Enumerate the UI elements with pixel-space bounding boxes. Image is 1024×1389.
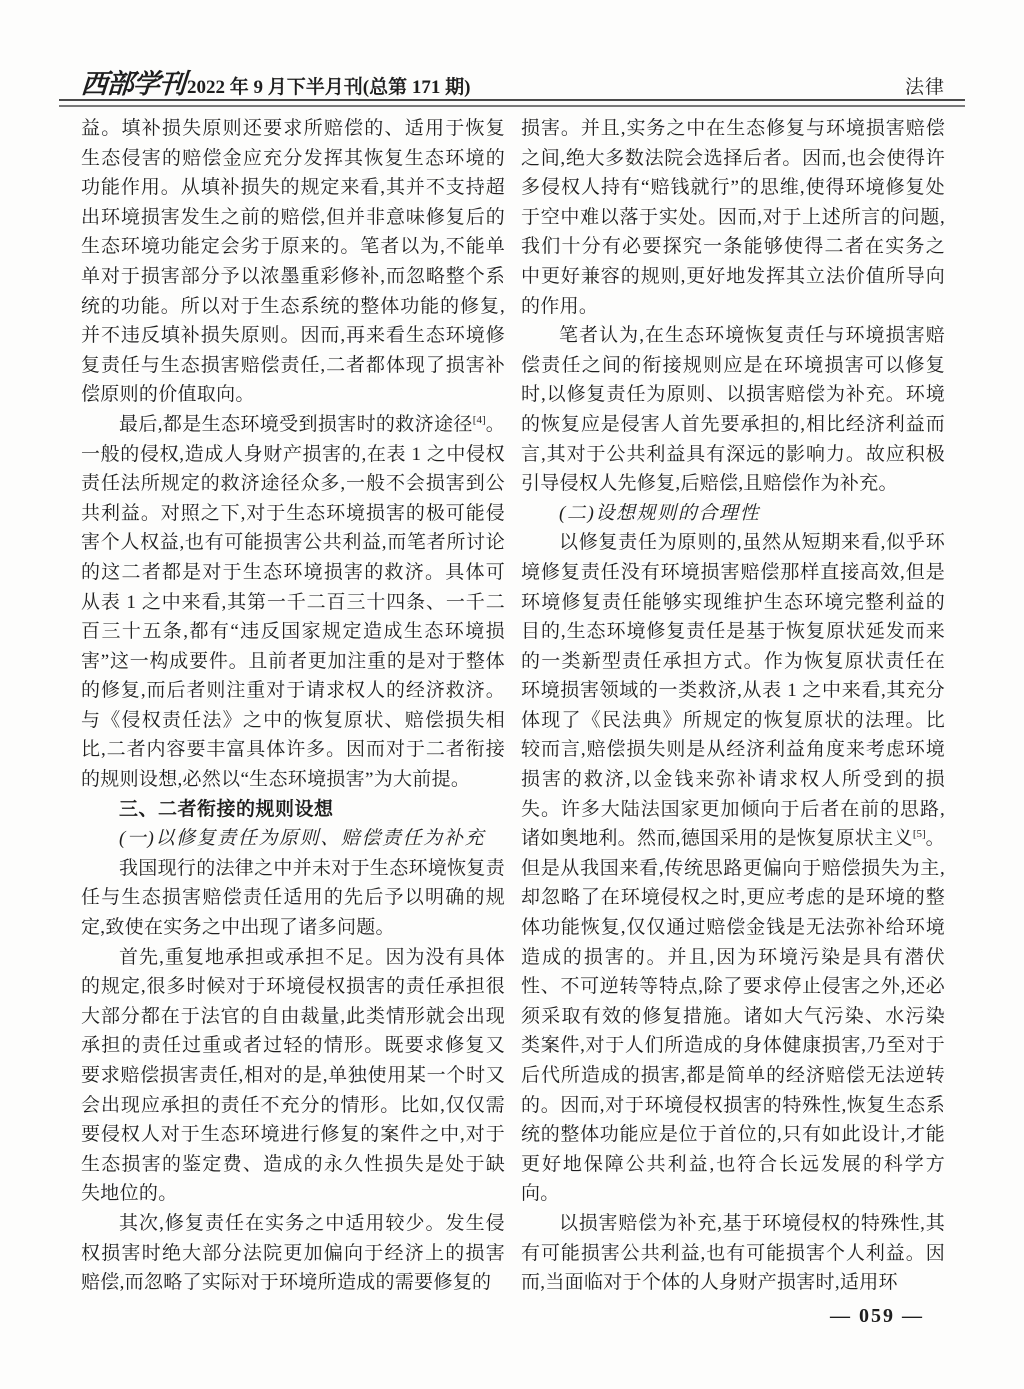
paragraph: 最后,都是生态环境受到损害时的救济途径[4]。一般的侵权,造成人身财产损害的,在… [81, 410, 505, 795]
subsection-heading: (一)以修复责任为原则、赔偿责任为补充 [81, 824, 505, 854]
journal-logo: 西部学刊 [80, 62, 187, 101]
section-heading: 三、二者衔接的规则设想 [81, 795, 505, 825]
header-divider [59, 99, 965, 107]
section-label: 法律 [905, 72, 945, 99]
journal-page: 西部学刊 2022 年 9 月下半月刊(总第 171 期) 法律 益。填补损失原… [0, 0, 1024, 1389]
footnote-ref-4: [4] [473, 414, 486, 426]
paragraph: 其次,修复责任在实务之中适用较少。发生侵权损害时绝大部分法院更加偏向于经济上的损… [81, 1209, 505, 1298]
paragraph-text: 。但是从我国来看,传统思路更偏向于赔偿损失为主,却忽略了在环境侵权之时,更应考虑… [521, 828, 945, 1204]
paragraph-text: 以修复责任为原则的,虽然从短期来看,似乎环境修复责任没有环境损害赔偿那样直接高效… [521, 532, 945, 849]
paragraph-continuation: 损害。并且,实务之中在生态修复与环境损害赔偿之间,绝大多数法院会选择后者。因而,… [521, 114, 945, 321]
paragraph: 以修复责任为原则的,虽然从短期来看,似乎环境修复责任没有环境损害赔偿那样直接高效… [521, 528, 945, 1209]
paragraph-continuation: 益。填补损失原则还要求所赔偿的、适用于恢复生态侵害的赔偿金应充分发挥其恢复生态环… [81, 114, 505, 410]
left-column: 益。填补损失原则还要求所赔偿的、适用于恢复生态侵害的赔偿金应充分发挥其恢复生态环… [81, 114, 505, 1298]
right-column: 损害。并且,实务之中在生态修复与环境损害赔偿之间,绝大多数法院会选择后者。因而,… [521, 114, 945, 1298]
paragraph-text: 最后,都是生态环境受到损害时的救济途径 [119, 414, 473, 435]
page-number: — 059 — [830, 1305, 924, 1328]
page-header: 西部学刊 2022 年 9 月下半月刊(总第 171 期) 法律 [81, 62, 945, 101]
paragraph: 以损害赔偿为补充,基于环境侵权的特殊性,其有可能损害公共利益,也有可能损害个人利… [521, 1209, 945, 1298]
paragraph: 首先,重复地承担或承担不足。因为没有具体的规定,很多时候对于环境侵权损害的责任承… [81, 943, 505, 1209]
footnote-ref-5: [5] [913, 828, 926, 840]
issue-info: 2022 年 9 月下半月刊(总第 171 期) [187, 72, 470, 99]
paragraph-text: 。一般的侵权,造成人身财产损害的,在表 1 之中侵权责任法所规定的救济途径众多,… [81, 414, 505, 790]
paragraph: 我国现行的法律之中并未对于生态环境恢复责任与生态损害赔偿责任适用的先后予以明确的… [81, 854, 505, 943]
paragraph: 笔者认为,在生态环境恢复责任与环境损害赔偿责任之间的衔接规则应是在环境损害可以修… [521, 321, 945, 499]
subsection-heading: (二)设想规则的合理性 [521, 499, 945, 529]
